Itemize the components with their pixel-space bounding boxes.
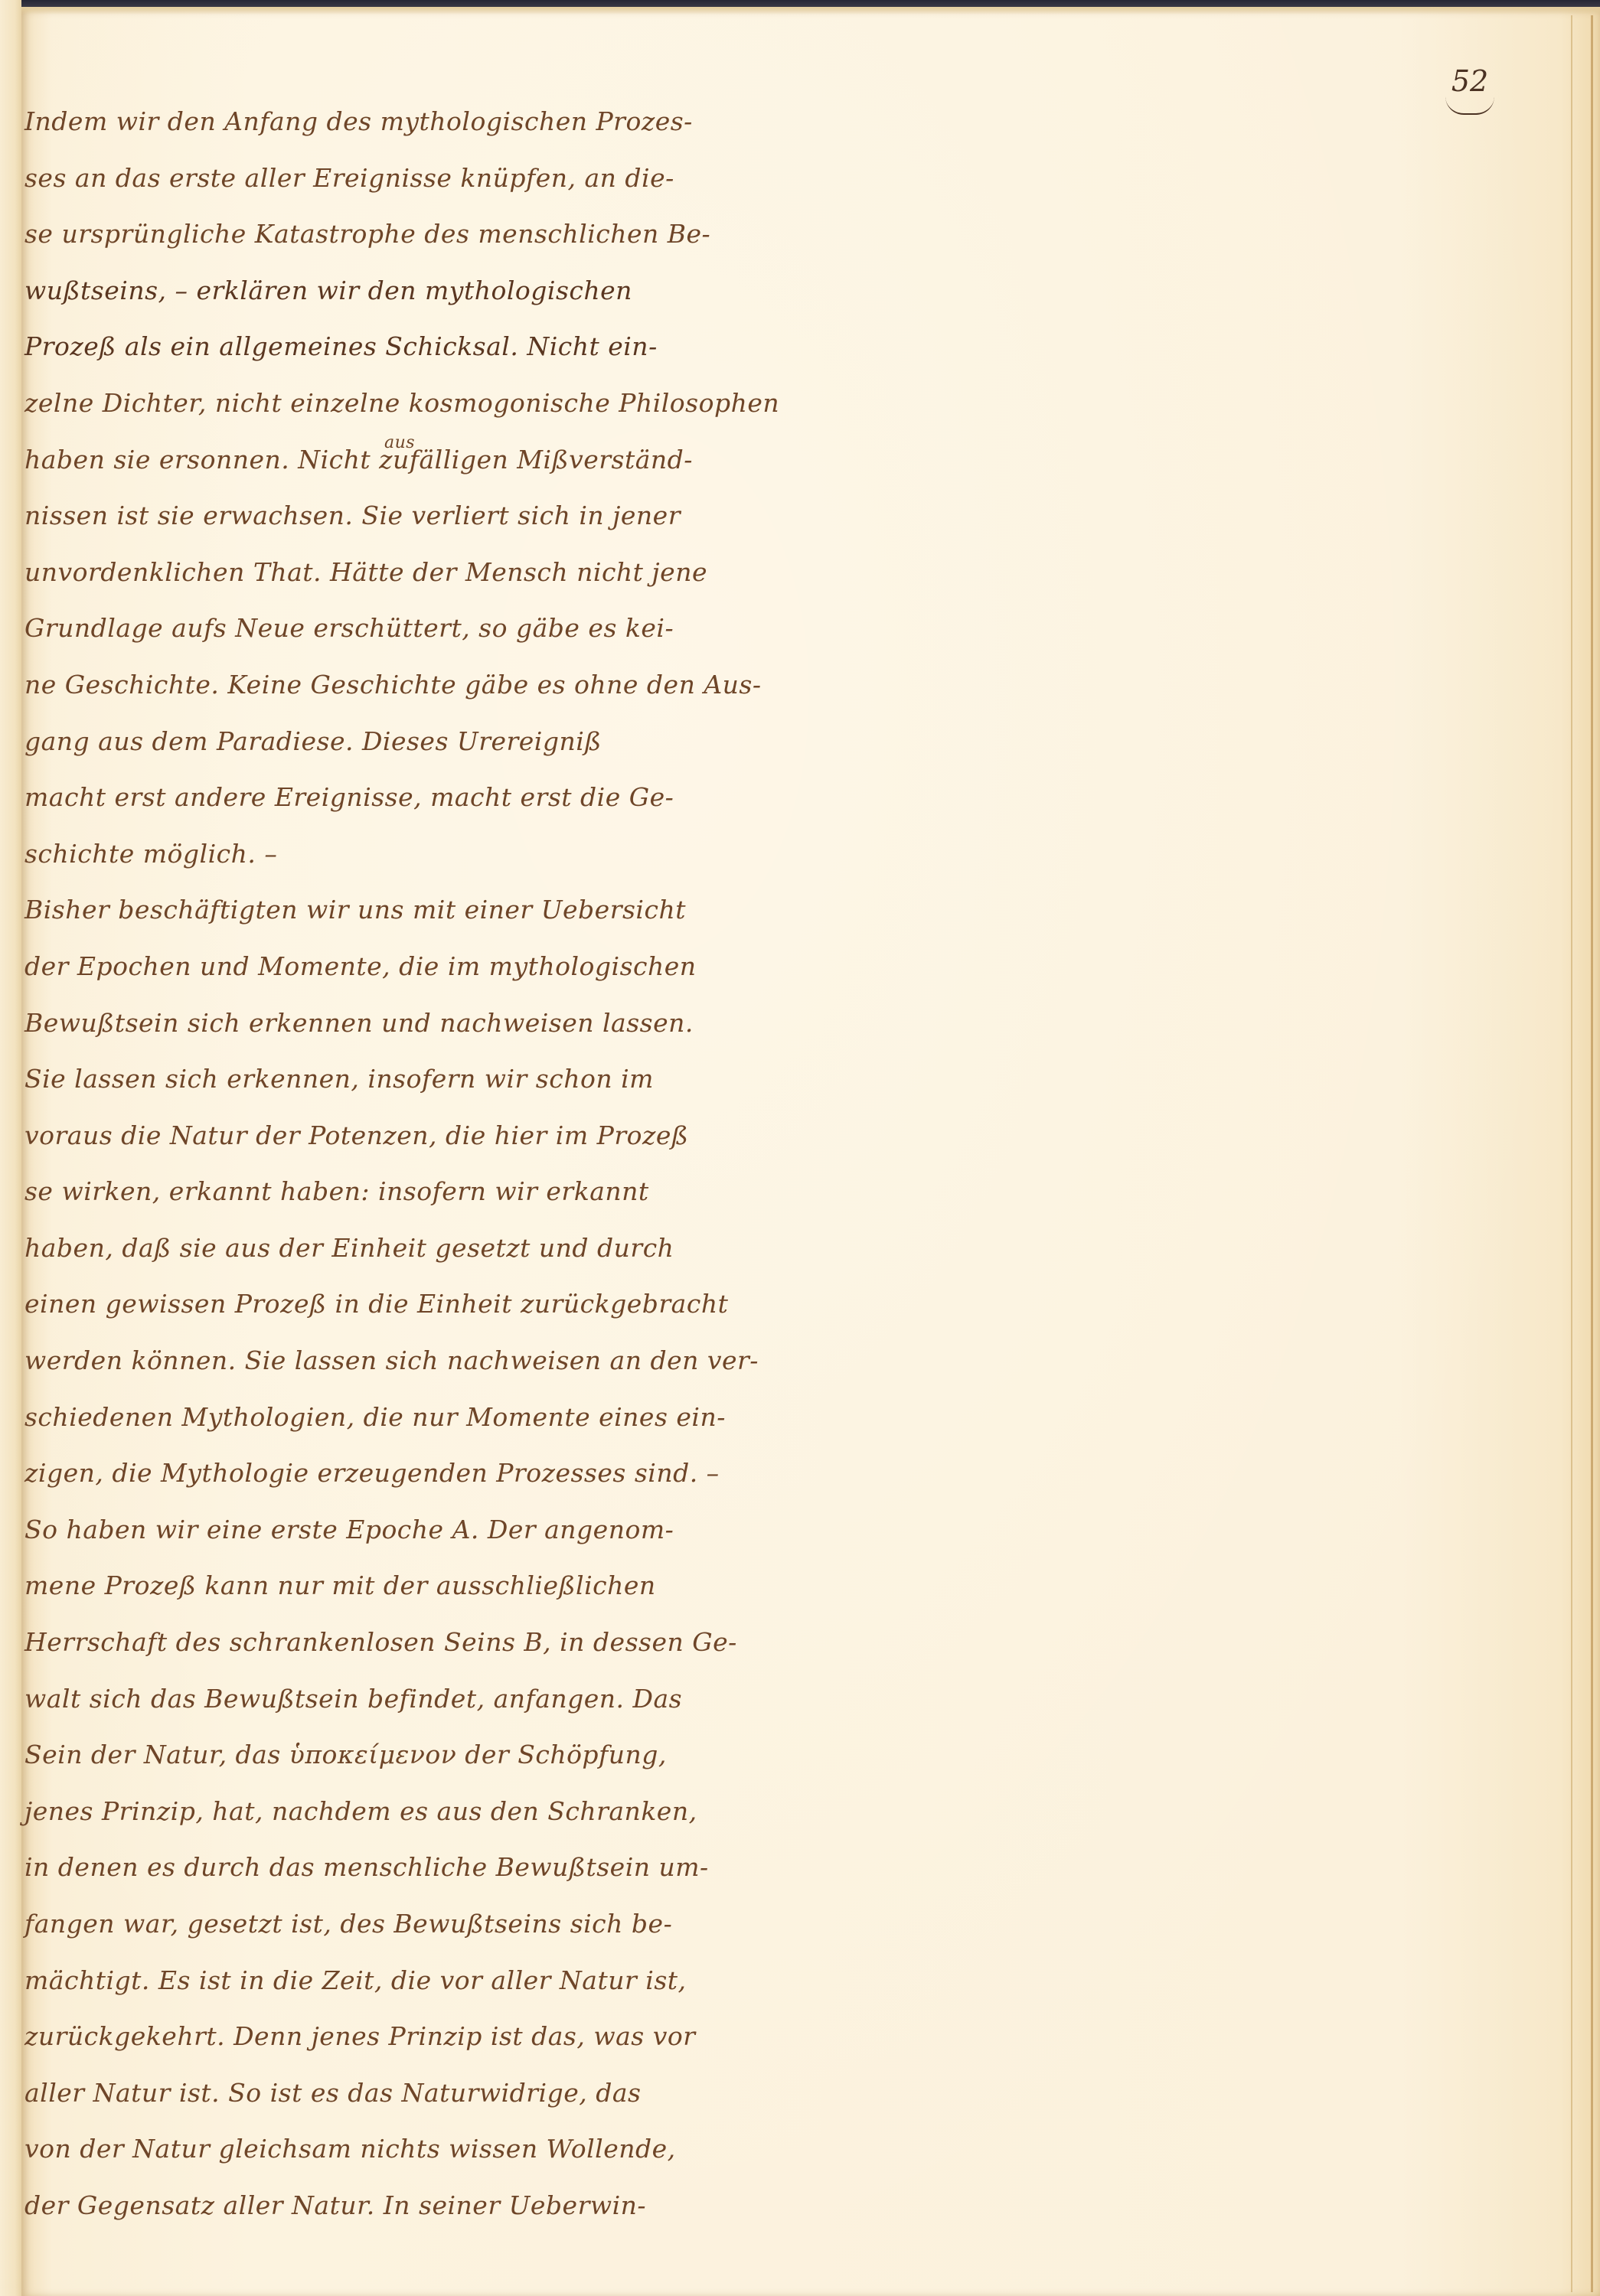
text-line: schichte möglich. –: [24, 826, 851, 882]
text-line: der Epochen und Momente, die im mytholog…: [24, 938, 851, 995]
text-line: Herrschaft des schrankenlosen Seins B, i…: [24, 1614, 851, 1671]
text-line: unvordenklichen That. Hätte der Mensch n…: [24, 544, 851, 601]
text-line: se ursprüngliche Katastrophe des menschl…: [24, 206, 851, 263]
page-edge-line-outer: [1591, 15, 1593, 2292]
page-top-edge: [21, 7, 1600, 15]
text-line: Sie lassen sich erkennen, insofern wir s…: [24, 1051, 851, 1107]
text-line: nissen ist sie erwachsen. Sie verliert s…: [24, 488, 851, 544]
page-number-text: 52: [1439, 64, 1500, 98]
text-line: mächtigt. Es ist in die Zeit, die vor al…: [24, 1952, 851, 2009]
interlinear-insertion: aus: [384, 415, 415, 471]
text-line: haben sie ersonnen. Nicht zufälligen Miß…: [24, 432, 851, 488]
text-line-content: haben sie ersonnen. Nicht zufälligen Miß…: [24, 445, 693, 475]
text-line: fangen war, gesetzt ist, des Bewußtseins…: [24, 1896, 851, 1952]
text-line: Grundlage aufs Neue erschüttert, so gäbe…: [24, 600, 851, 657]
text-line: Bewußtsein sich erkennen und nachweisen …: [24, 995, 851, 1052]
book-binding-top: [0, 0, 1600, 7]
text-line: der Gegensatz aller Natur. In seiner Ueb…: [24, 2177, 851, 2234]
text-line: walt sich das Bewußtsein befindet, anfan…: [24, 1671, 851, 1727]
text-line: zelne Dichter, nicht einzelne kosmogonis…: [24, 375, 851, 432]
text-line: ne Geschichte. Keine Geschichte gäbe es …: [24, 657, 851, 713]
text-line: zigen, die Mythologie erzeugenden Prozes…: [24, 1445, 851, 1502]
text-line: schiedenen Mythologien, die nur Momente …: [24, 1389, 851, 1446]
text-line: aller Natur ist. So ist es das Naturwidr…: [24, 2065, 851, 2122]
text-line: ses an das erste aller Ereignisse knüpfe…: [24, 150, 851, 207]
page-edge-line: [1571, 15, 1572, 2292]
page-number: 52: [1439, 61, 1500, 122]
text-line: macht erst andere Ereignisse, macht erst…: [24, 769, 851, 826]
text-line: Sein der Natur, das ὑποκείμενον der Schö…: [24, 1727, 851, 1783]
page-gutter: [0, 0, 21, 2296]
text-line: zurückgekehrt. Denn jenes Prinzip ist da…: [24, 2008, 851, 2065]
text-line: in denen es durch das menschliche Bewußt…: [24, 1839, 851, 1896]
text-line: se wirken, erkannt haben: insofern wir e…: [24, 1163, 851, 1220]
text-line: haben, daß sie aus der Einheit gesetzt u…: [24, 1220, 851, 1277]
text-line: Indem wir den Anfang des mythologischen …: [24, 93, 851, 150]
text-line: Bisher beschäftigten wir uns mit einer U…: [24, 882, 851, 938]
text-line: werden können. Sie lassen sich nachweise…: [24, 1332, 851, 1389]
manuscript-text-block: Indem wir den Anfang des mythologischen …: [24, 93, 851, 2234]
text-line: jenes Prinzip, hat, nachdem es aus den S…: [24, 1783, 851, 1840]
text-line: mene Prozeß kann nur mit der ausschließl…: [24, 1557, 851, 1614]
text-line: wußtseins, – erklären wir den mythologis…: [24, 263, 851, 319]
text-line: So haben wir eine erste Epoche A. Der an…: [24, 1502, 851, 1558]
text-line: gang aus dem Paradiese. Dieses Urereigni…: [24, 713, 851, 770]
text-line: voraus die Natur der Potenzen, die hier …: [24, 1107, 851, 1164]
text-line: einen gewissen Prozeß in die Einheit zur…: [24, 1276, 851, 1332]
text-line: Prozeß als ein allgemeines Schicksal. Ni…: [24, 318, 851, 375]
text-line: von der Natur gleichsam nichts wissen Wo…: [24, 2121, 851, 2177]
page-number-underline: [1445, 96, 1494, 115]
